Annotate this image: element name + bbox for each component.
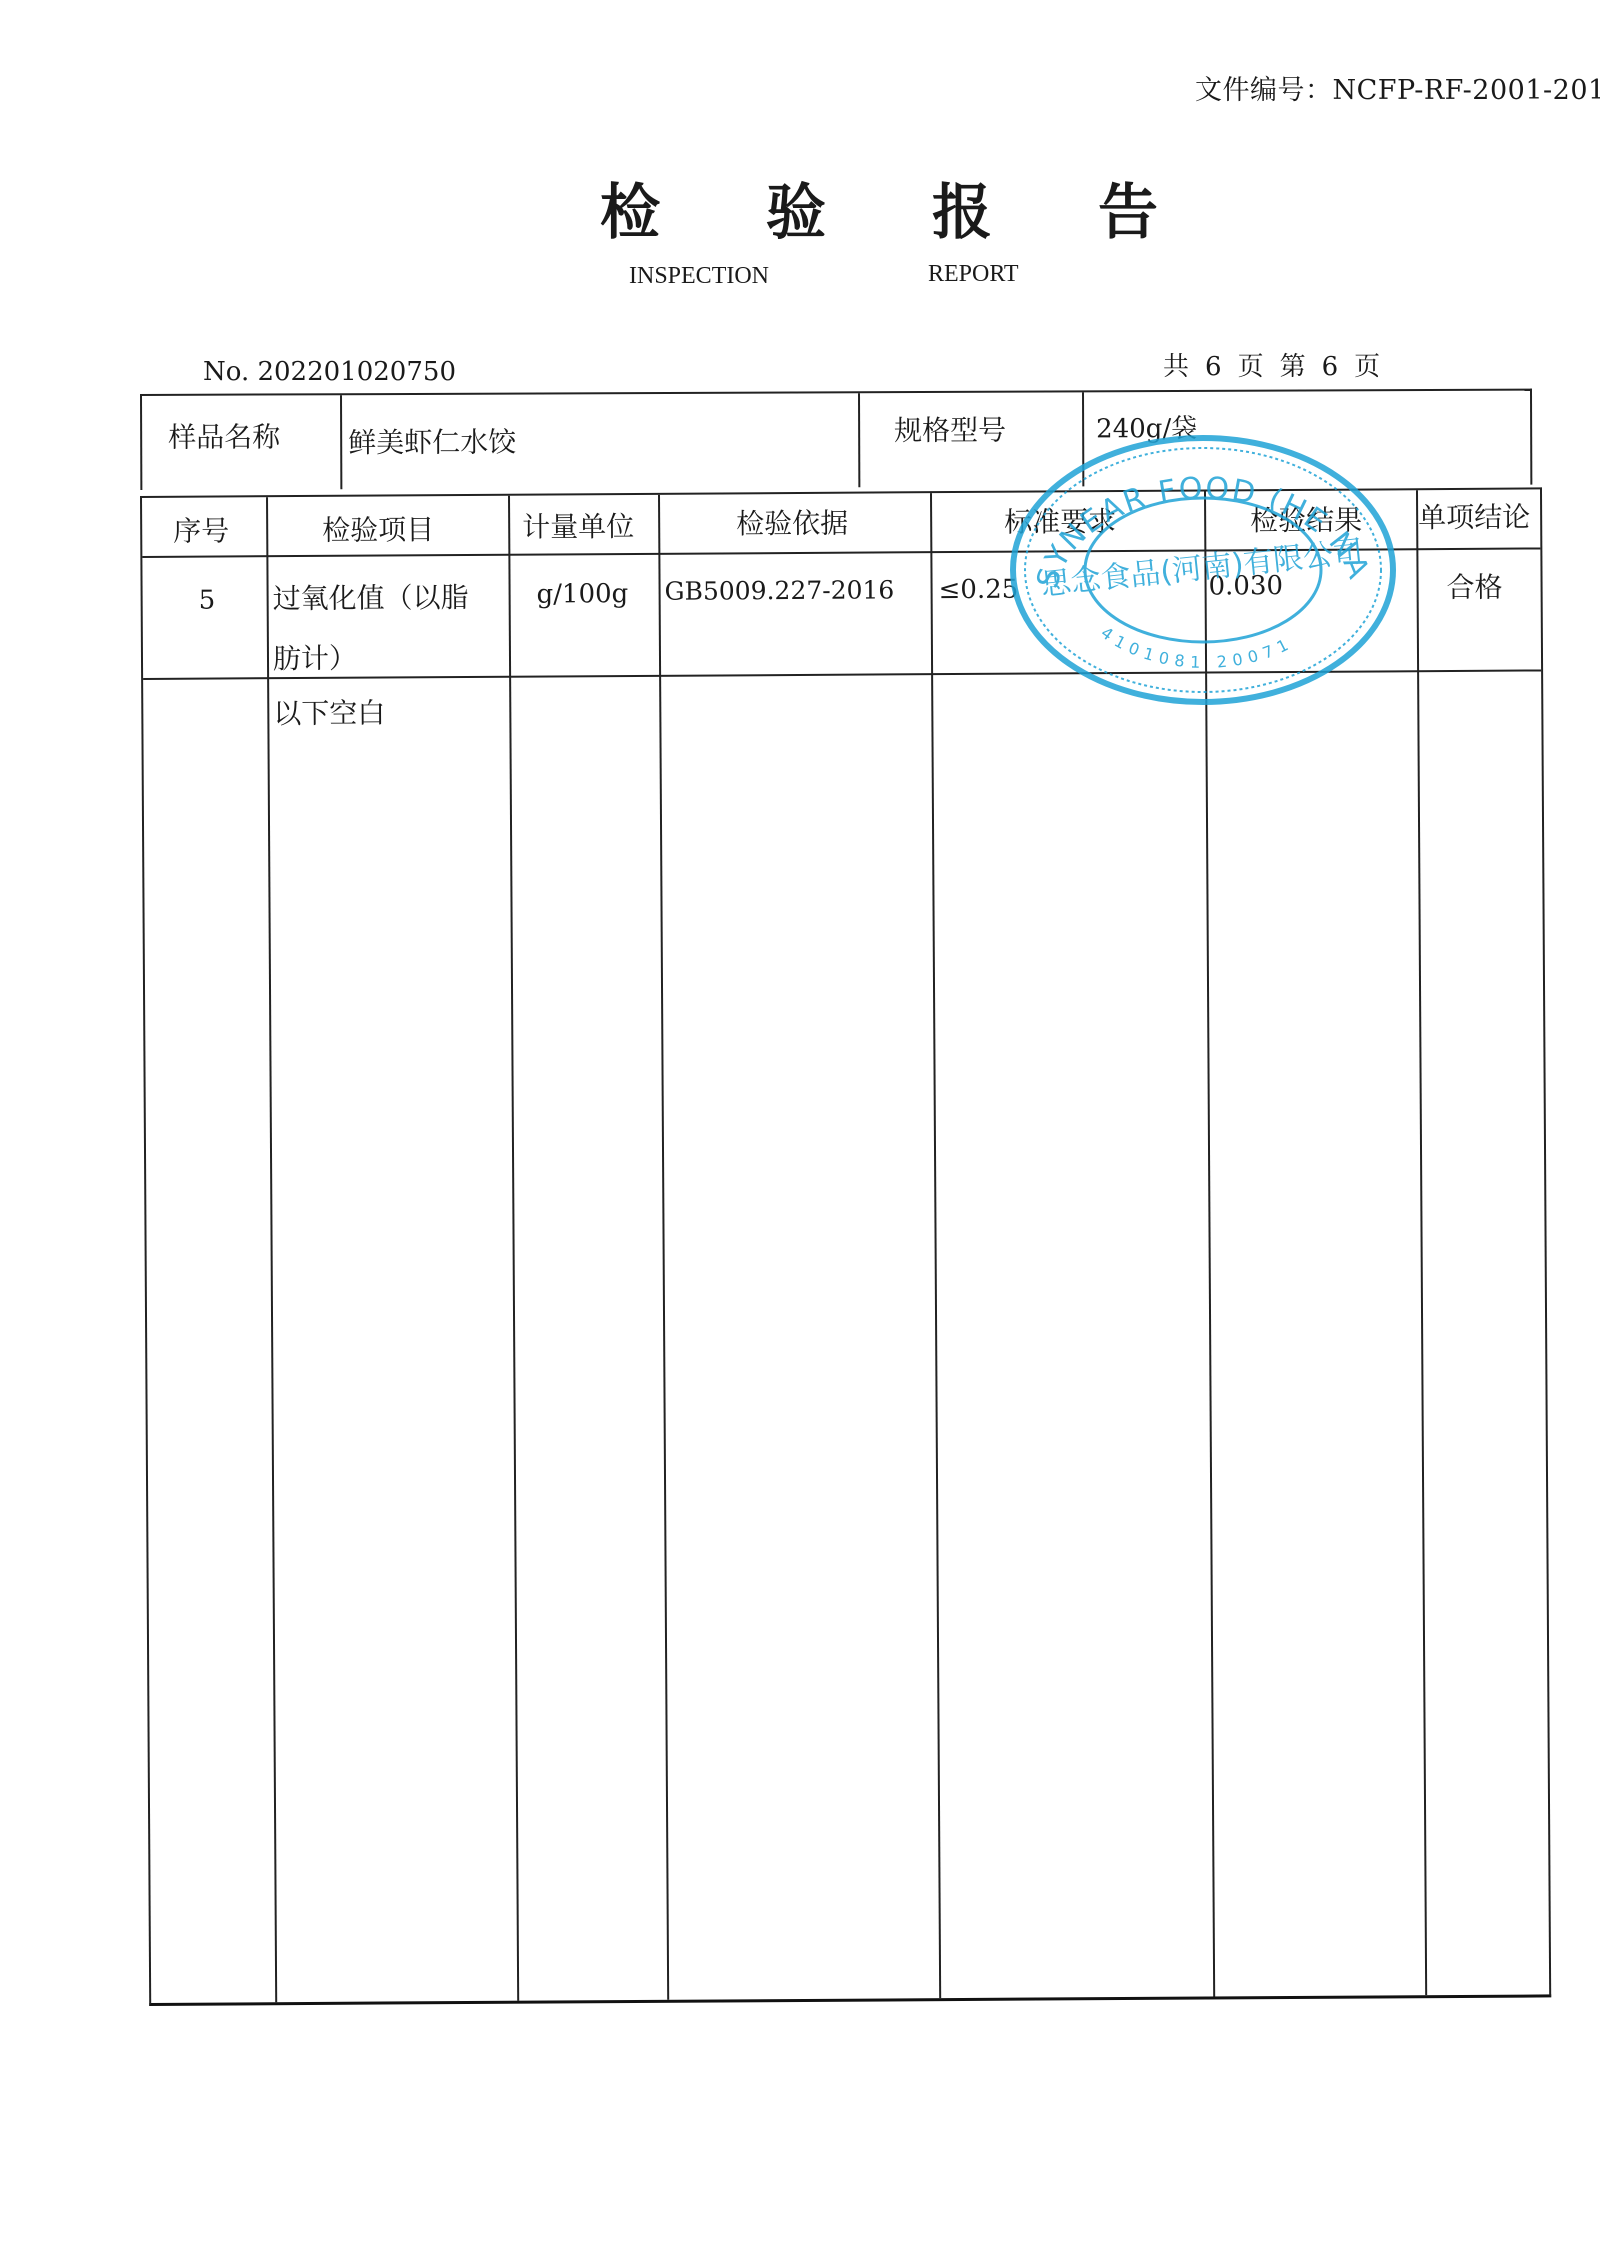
subtitle-inspection: INSPECTION [629, 263, 769, 290]
row-item-line1: 过氧化值（以脂 [272, 576, 468, 617]
subtitle-report: REPORT [928, 261, 1019, 288]
row-basis: GB5009.227-2016 [665, 575, 895, 605]
column-header-seq: 序号 [173, 509, 229, 549]
column-header-unit: 计量单位 [522, 505, 634, 546]
document-code: 文件编号：NCFP-RF-2001-201 [1195, 68, 1600, 107]
divider [658, 495, 669, 2000]
title-char: 验 [766, 165, 828, 251]
row-requirement: ≤0.25 [938, 575, 1018, 605]
divider [340, 395, 342, 489]
sample-name-value: 鲜美虾仁水饺 [348, 421, 516, 462]
divider [1204, 491, 1215, 1996]
document-code-value: NCFP-RF-2001-201 [1333, 75, 1600, 106]
divider [1082, 392, 1084, 486]
row-item-line2: 肪计） [273, 637, 357, 678]
results-table: 序号 检验项目 计量单位 检验依据 标准要求 检验结果 单项结论 5 过氧化值（… [140, 487, 1551, 2006]
spec-label: 规格型号 [894, 409, 1006, 449]
column-header-basis: 检验依据 [736, 502, 848, 543]
column-header-conclusion: 单项结论 [1418, 496, 1530, 537]
page-word: 页 [1354, 352, 1380, 382]
row-result: 0.030 [1208, 571, 1283, 601]
page-info: 共6页第6页 [1163, 346, 1396, 383]
title-char: 告 [1098, 165, 1160, 251]
row-conclusion: 合格 [1446, 566, 1502, 606]
divider [1416, 490, 1427, 1995]
spec-value: 240g/袋 [1096, 408, 1197, 445]
page-current-prefix: 第 [1280, 352, 1306, 382]
title-char: 检 [600, 165, 662, 251]
sample-info-table: 样品名称 鲜美虾仁水饺 规格型号 240g/袋 [140, 389, 1532, 490]
page-word: 页 [1238, 352, 1264, 382]
column-header-requirement: 标准要求 [1004, 500, 1116, 541]
divider [142, 547, 1540, 558]
report-number: No. 202201020750 [203, 357, 456, 387]
divider [930, 493, 941, 1998]
end-note: 以下空白 [273, 692, 385, 733]
title-char: 报 [932, 165, 994, 251]
page-current: 6 [1322, 352, 1339, 382]
report-title: 检 验 报 告 [600, 165, 1160, 251]
sample-name-label: 样品名称 [168, 415, 280, 455]
row-unit: g/100g [537, 579, 629, 610]
document-code-label: 文件编号： [1195, 75, 1333, 106]
column-header-item: 检验项目 [322, 508, 434, 549]
page-total: 6 [1205, 352, 1222, 382]
row-seq: 5 [199, 586, 216, 616]
page-total-prefix: 共 [1163, 352, 1189, 382]
column-header-result: 检验结果 [1250, 499, 1362, 540]
divider [508, 496, 519, 2001]
divider [858, 393, 860, 487]
